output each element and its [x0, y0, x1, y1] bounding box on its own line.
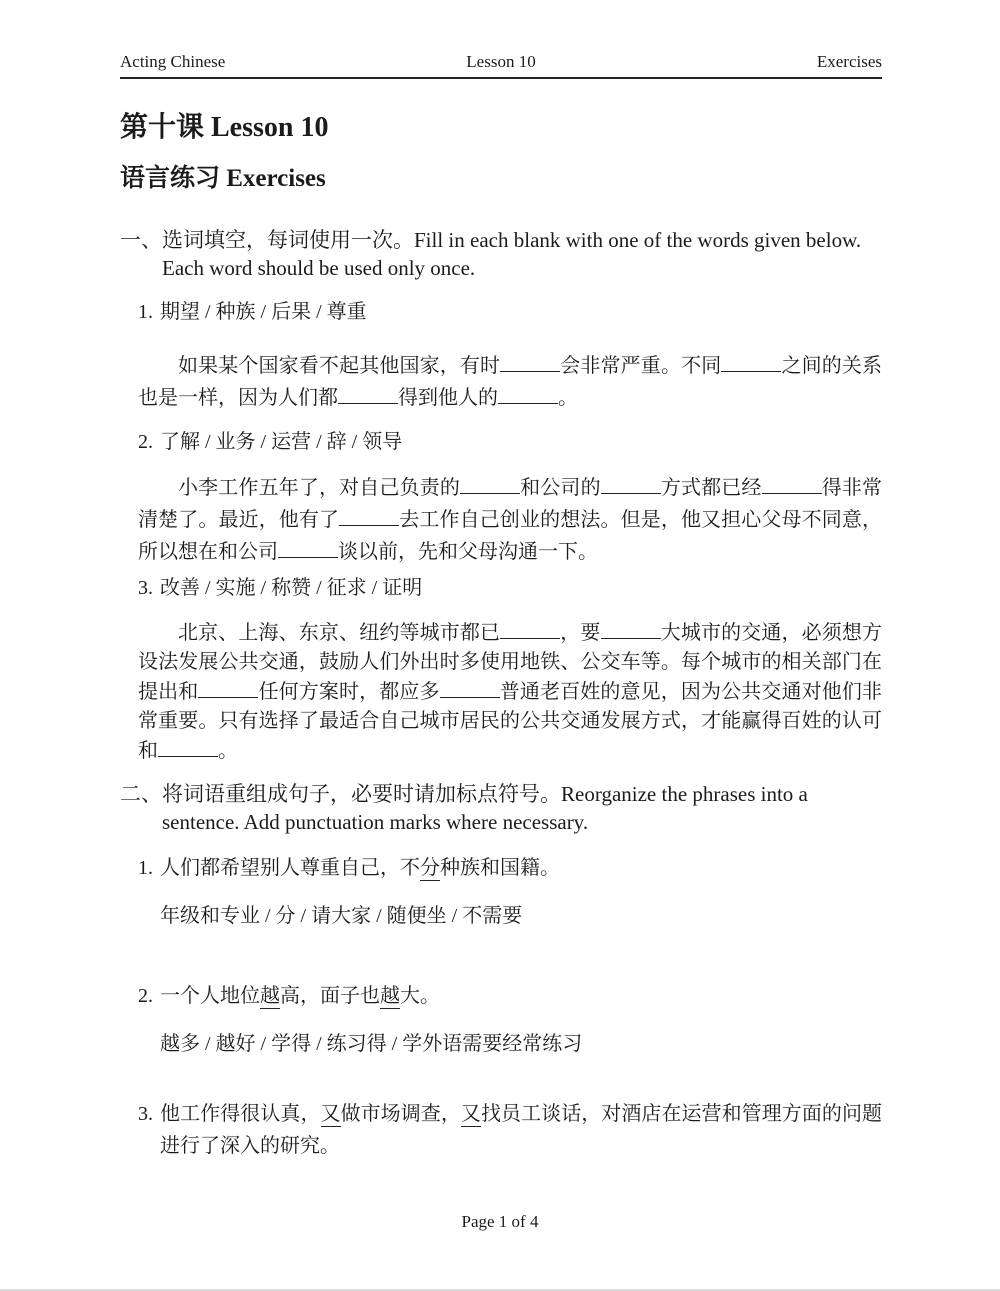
word-bank-text: 期望 / 种族 / 后果 / 尊重	[160, 301, 367, 323]
fill-in-blank	[278, 537, 338, 558]
word-bank-text: 了解 / 业务 / 运营 / 辞 / 领导	[160, 431, 402, 453]
text-segment: ，要	[560, 622, 600, 644]
example-sentence: 一个人地位越高，面子也越大。	[160, 985, 440, 1009]
text-segment: 他工作得很认真，	[160, 1103, 321, 1125]
fill-blank-paragraph-3: 北京、上海、东京、纽约等城市都已，要大城市的交通，必须想方设法发展公共交通，鼓励…	[138, 618, 882, 766]
word-bank-text: 改善 / 实施 / 称赞 / 征求 / 证明	[160, 577, 422, 599]
section-two-instruction: 将词语重组成句子，必要时请加标点符号。Reorganize the phrase…	[162, 780, 882, 836]
section-one-heading: 一、 选词填空，每词使用一次。Fill in each blank with o…	[120, 226, 882, 282]
section-two-marker: 二、	[120, 780, 162, 836]
text-segment: 做市场调查，	[341, 1103, 461, 1125]
page-footer: Page 1 of 4	[0, 1212, 1000, 1232]
example-sentence: 他工作得很认真，又做市场调查，又找员工谈话，对酒店在运营和管理方面的问题进行了深…	[160, 1103, 882, 1157]
text-segment: 和公司的	[520, 477, 601, 499]
fill-blank-paragraph-1: 如果某个国家看不起其他国家，有时会非常严重。不同之间的关系也是一样，因为人们都得…	[138, 350, 882, 414]
text-segment: 会非常严重。不同	[560, 355, 721, 377]
fill-in-blank	[721, 351, 781, 372]
text-segment: 。	[218, 740, 238, 762]
underlined-word: 越	[260, 985, 280, 1009]
underlined-word: 分	[420, 857, 440, 881]
text-segment: 人们都希望别人尊重自己，不	[160, 857, 420, 879]
word-bank-1: 1.期望 / 种族 / 后果 / 尊重	[138, 300, 882, 324]
item-number: 3.	[138, 577, 153, 599]
text-segment: 方式都已经	[661, 477, 762, 499]
text-segment: 谈以前，先和父母沟通一下。	[338, 541, 598, 563]
fill-in-blank	[460, 473, 520, 494]
phrase-options-1: 年级和专业 / 分 / 请大家 / 随便坐 / 不需要	[160, 904, 882, 928]
item-number: 2.	[138, 985, 153, 1007]
text-segment: 任何方案时，都应多	[258, 681, 439, 703]
underlined-word: 越	[380, 985, 400, 1009]
page-content: 第十课 Lesson 10 语言练习 Exercises 一、 选词填空，每词使…	[120, 0, 882, 1182]
exercises-subtitle: 语言练习 Exercises	[120, 162, 882, 196]
fill-in-blank	[500, 618, 560, 639]
example-sentence: 人们都希望别人尊重自己，不分种族和国籍。	[160, 857, 560, 881]
item-number: 2.	[138, 431, 153, 453]
fill-in-blank	[339, 505, 399, 526]
item-number: 3.	[138, 1103, 153, 1125]
reorganize-example-1: 1.人们都希望别人尊重自己，不分种族和国籍。	[138, 852, 882, 884]
fill-in-blank	[601, 473, 661, 494]
item-number: 1.	[138, 301, 153, 323]
fill-in-blank	[198, 677, 258, 698]
text-segment: 得到他人的	[398, 387, 498, 409]
section-two-heading: 二、 将词语重组成句子，必要时请加标点符号。Reorganize the phr…	[120, 780, 882, 836]
underlined-word: 又	[321, 1103, 341, 1127]
section-one-instruction: 选词填空，每词使用一次。Fill in each blank with one …	[162, 226, 882, 282]
text-segment: 。	[558, 387, 578, 409]
fill-in-blank	[440, 677, 500, 698]
text-segment: 如果某个国家看不起其他国家，有时	[178, 355, 500, 377]
item-number: 1.	[138, 857, 153, 879]
section-one-marker: 一、	[120, 226, 162, 282]
fill-in-blank	[338, 383, 398, 404]
reorganize-example-3: 3.他工作得很认真，又做市场调查，又找员工谈话，对酒店在运营和管理方面的问题进行…	[138, 1098, 882, 1162]
word-bank-3: 3.改善 / 实施 / 称赞 / 征求 / 证明	[138, 576, 882, 600]
fill-in-blank	[762, 473, 822, 494]
phrase-options-2: 越多 / 越好 / 学得 / 练习得 / 学外语需要经常练习	[160, 1032, 882, 1056]
lesson-title: 第十课 Lesson 10	[120, 110, 882, 146]
page-number: Page 1 of 4	[462, 1212, 539, 1231]
text-segment: 大。	[400, 985, 440, 1007]
text-segment: 一个人地位	[160, 985, 260, 1007]
document-page: Acting Chinese Lesson 10 Exercises 第十课 L…	[0, 0, 1000, 1291]
fill-in-blank	[601, 618, 661, 639]
text-segment: 小李工作五年了，对自己负责的	[178, 477, 460, 499]
fill-in-blank	[500, 351, 560, 372]
fill-in-blank	[498, 383, 558, 404]
reorganize-example-2: 2.一个人地位越高，面子也越大。	[138, 980, 882, 1012]
underlined-word: 又	[461, 1103, 481, 1127]
fill-in-blank	[158, 736, 218, 757]
fill-blank-paragraph-2: 小李工作五年了，对自己负责的和公司的方式都已经得非常清楚了。最近，他有了去工作自…	[138, 472, 882, 568]
text-segment: 高，面子也	[280, 985, 380, 1007]
word-bank-2: 2.了解 / 业务 / 运营 / 辞 / 领导	[138, 430, 882, 454]
text-segment: 种族和国籍。	[440, 857, 560, 879]
text-segment: 北京、上海、东京、纽约等城市都已	[178, 622, 500, 644]
